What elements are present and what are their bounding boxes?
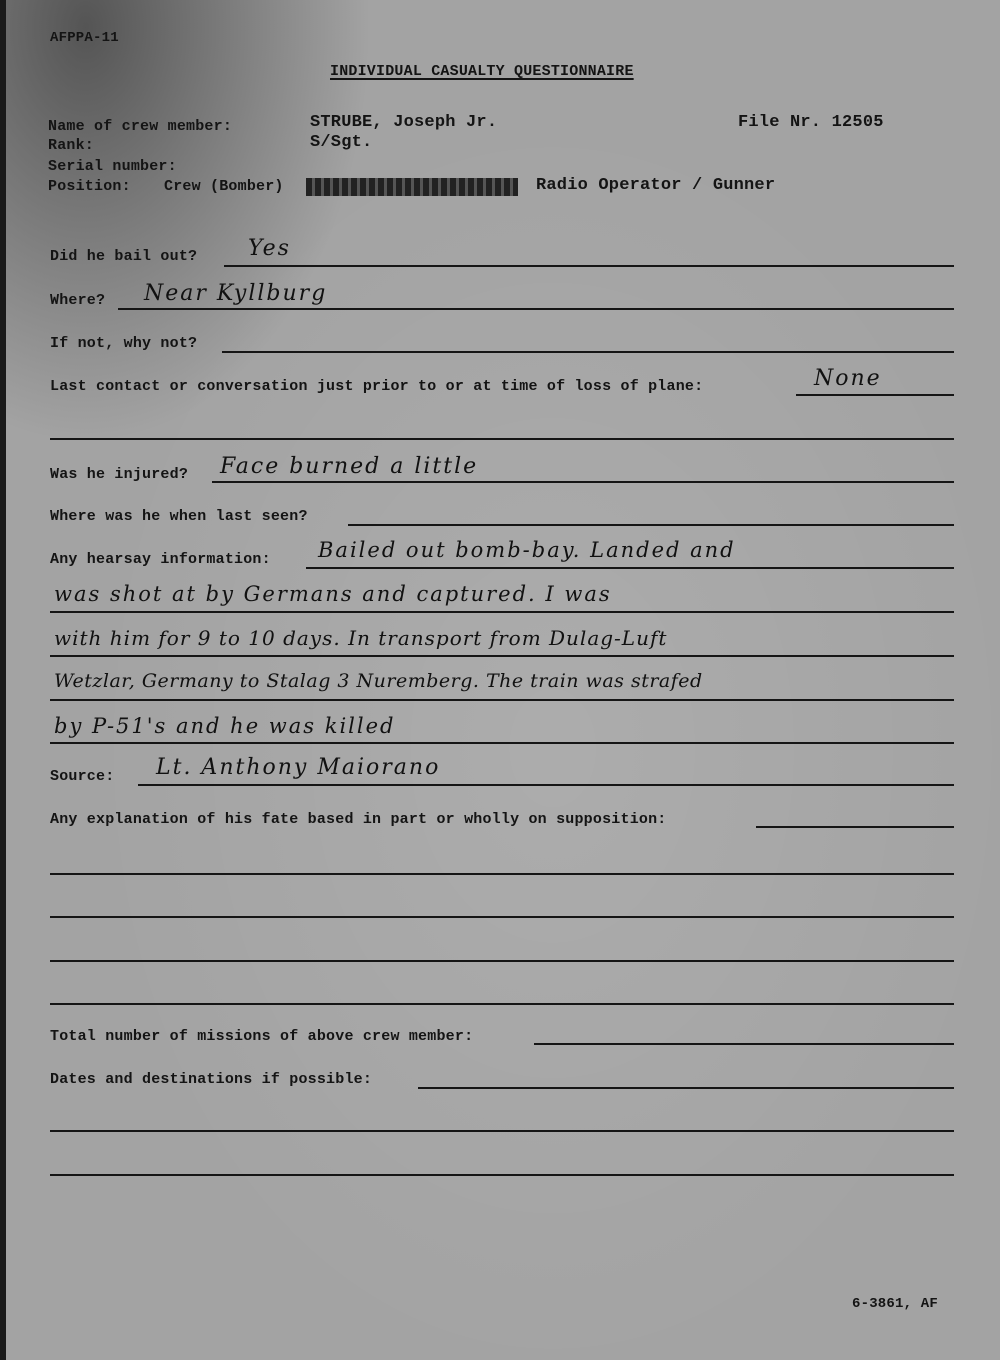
dates-label: Dates and destinations if possible: [50,1071,372,1088]
source-line [138,784,954,786]
name-label: Name of crew member: [48,118,232,135]
file-number: File Nr. 12505 [738,113,884,132]
rank-value: S/Sgt. [310,133,372,152]
bail-out-line [224,265,954,267]
where-line [118,308,954,310]
missions-label: Total number of missions of above crew m… [50,1028,473,1045]
explanation-line-4[interactable] [50,960,954,962]
position-prefix: Crew (Bomber) [164,178,284,195]
last-contact-answer[interactable]: None [814,366,882,391]
injured-line [212,481,954,483]
form-code: AFPPA-11 [50,30,119,46]
hearsay-rule-1 [306,567,954,569]
missions-line[interactable] [534,1043,954,1045]
last-seen-line[interactable] [348,524,954,526]
dates-line-3[interactable] [50,1174,954,1176]
hearsay-label: Any hearsay information: [50,551,271,568]
hearsay-rule-4 [50,699,954,701]
dates-line-2[interactable] [50,1130,954,1132]
where-answer[interactable]: Near Kyllburg [144,281,327,306]
explanation-line-5[interactable] [50,1003,954,1005]
hearsay-rule-5 [50,742,954,744]
hearsay-line-5[interactable]: by P-51's and he was killed [54,714,396,738]
injured-answer[interactable]: Face burned a little [220,454,478,479]
last-contact-line [796,394,954,396]
explanation-line-2[interactable] [50,873,954,875]
last-contact-line-2[interactable] [50,438,954,440]
serial-label: Serial number: [48,158,177,175]
explanation-line-3[interactable] [50,916,954,918]
hearsay-line-4[interactable]: Wetzlar, Germany to Stalag 3 Nuremberg. … [54,670,703,692]
source-answer[interactable]: Lt. Anthony Maiorano [156,755,440,780]
explanation-line-1[interactable] [756,826,954,828]
footer-form-code: 6-3861, AF [852,1296,938,1312]
name-value: STRUBE, Joseph Jr. [310,113,497,132]
source-label: Source: [50,768,114,785]
page-title: INDIVIDUAL CASUALTY QUESTIONNAIRE [330,63,634,80]
hearsay-line-2[interactable]: was shot at by Germans and captured. I w… [54,582,612,606]
injured-label: Was he injured? [50,466,188,483]
where-label: Where? [50,292,105,309]
if-not-label: If not, why not? [50,335,197,352]
rank-label: Rank: [48,137,94,154]
hearsay-line-3[interactable]: with him for 9 to 10 days. In transport … [54,626,667,650]
last-seen-label: Where was he when last seen? [50,508,308,525]
hearsay-rule-2 [50,611,954,613]
hearsay-rule-3 [50,655,954,657]
bail-out-label: Did he bail out? [50,248,197,265]
hearsay-line-1[interactable]: Bailed out bomb-bay. Landed and [318,538,736,562]
bail-out-answer[interactable]: Yes [248,236,291,261]
redacted-text: XXXXXXXXXXXXXXX [306,178,518,196]
last-contact-label: Last contact or conversation just prior … [50,378,703,395]
questionnaire-page: AFPPA-11 INDIVIDUAL CASUALTY QUESTIONNAI… [0,0,1000,1360]
explanation-label: Any explanation of his fate based in par… [50,811,667,828]
dates-line-1[interactable] [418,1087,954,1089]
position-label: Position: [48,178,131,195]
if-not-line[interactable] [222,351,954,353]
position-value: Radio Operator / Gunner [536,176,775,195]
